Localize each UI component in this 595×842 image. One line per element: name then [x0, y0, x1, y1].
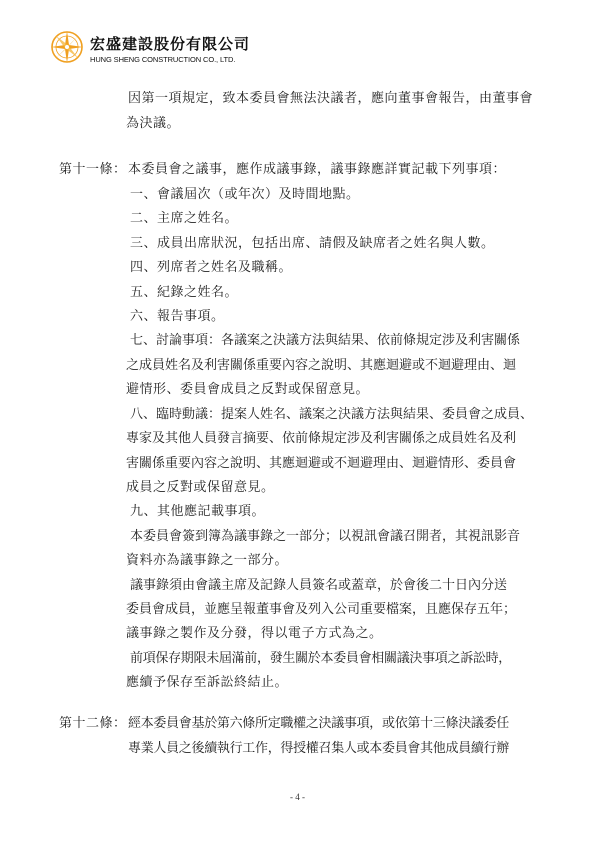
list-item: 八、臨時動議：提案人姓名、議案之決議方法與結果、委員會之成員、 — [130, 407, 533, 423]
list-item: 五、紀錄之姓名。 — [130, 285, 238, 301]
text-line: 因第一項規定，致本委員會無法決議者，應向董事會報告，由董事會 — [128, 91, 533, 107]
article-text: 專業人員之後續執行工作，得授權召集人或本委員會其他成員續行辦 — [128, 741, 509, 757]
paragraph-line: 本委員會簽到簿為議事錄之一部分；以視訊會議召開者，其視訊影音 — [130, 529, 520, 545]
paragraph-line: 議事錄之製作及分發，得以電子方式為之。 — [126, 626, 383, 642]
paragraph-line: 資料亦為議事錄之一部分。 — [126, 553, 288, 569]
list-item-cont: 之成員姓名及利害關係重要內容之說明、其應迴避或不迴避理由、迴 — [126, 358, 516, 374]
list-item-cont: 專家及其他人員發言摘要、依前條規定涉及利害關係之成員姓名及利 — [126, 431, 516, 447]
paragraph-line: 議事錄須由會議主席及記錄人員簽名或蓋章，於會後二十日內分送 — [130, 578, 507, 594]
list-item: 三、成員出席狀況，包括出席、請假及缺席者之姓名與人數。 — [130, 236, 495, 252]
list-item: 七、討論事項：各議案之決議方法與結果、依前條規定涉及利害關係 — [130, 333, 520, 349]
article-label: 第十二條： — [59, 716, 127, 732]
paragraph-line: 前項保存期限未屆滿前，發生關於本委員會相關議決事項之訴訟時， — [130, 651, 511, 667]
page-number: - 4 - — [0, 792, 595, 802]
paragraph-line: 委員會成員，並應呈報董事會及列入公司重要檔案，且應保存五年； — [126, 602, 516, 618]
list-item: 九、其他應記載事項。 — [130, 504, 265, 520]
text-line: 為決議。 — [126, 116, 180, 132]
list-item-cont: 成員之反對或保留意見。 — [126, 480, 275, 496]
company-name-zh: 宏盛建設股份有限公司 — [90, 33, 250, 54]
compass-rose-logo-icon — [50, 30, 84, 64]
list-item: 四、列席者之姓名及職稱。 — [130, 260, 292, 276]
list-item: 一、會議屆次（或年次）及時間地點。 — [130, 187, 360, 203]
list-item-cont: 避情形、委員會成員之反對或保留意見。 — [126, 382, 369, 398]
list-item-cont: 害關係重要內容之說明、其應迴避或不迴避理由、迴避情形、委員會 — [126, 456, 516, 472]
list-item: 二、主席之姓名。 — [130, 211, 238, 227]
company-name-en: HUNG SHENG CONSTRUCTION CO., LTD. — [90, 55, 235, 64]
paragraph-line: 應續予保存至訴訟終結止。 — [126, 675, 288, 691]
article-text: 經本委員會基於第六條所定職權之決議事項，或依第十三條決議委任 — [128, 716, 509, 732]
list-item: 六、報告事項。 — [130, 309, 225, 325]
article-intro: 本委員會之議事，應作成議事錄，議事錄應詳實記載下列事項： — [128, 162, 506, 178]
article-label: 第十一條： — [59, 162, 127, 178]
